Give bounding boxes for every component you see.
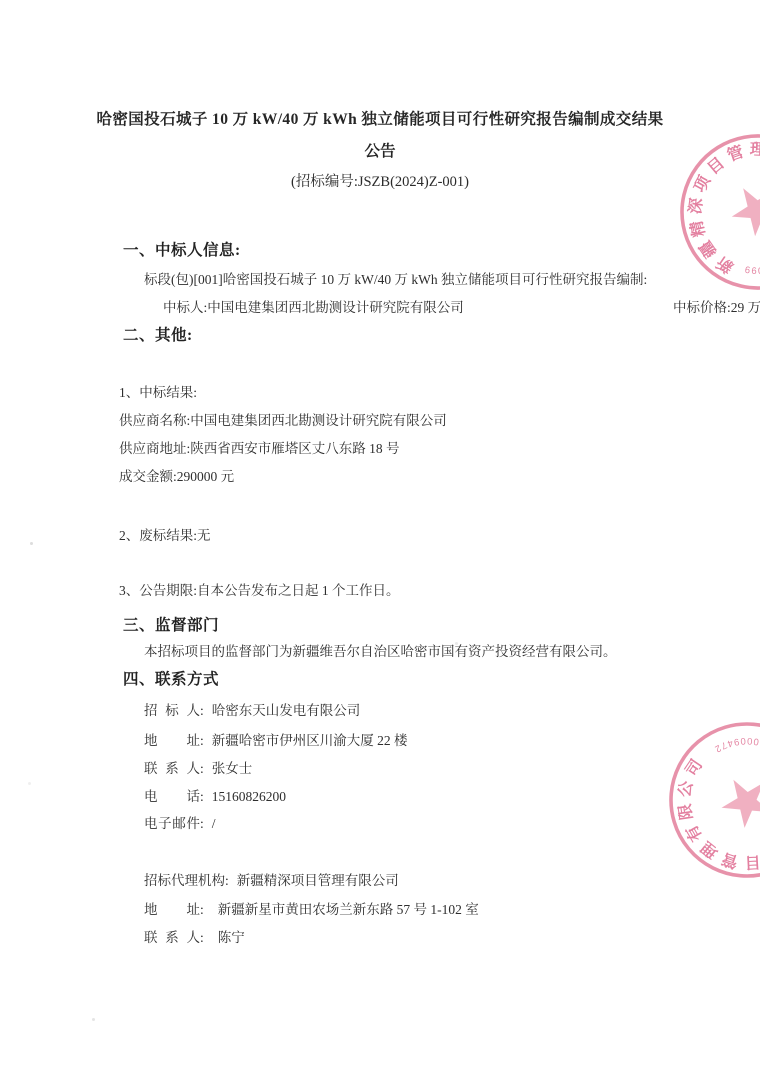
contact-value: 新疆精深项目管理有限公司 [237, 873, 399, 888]
lot-line: 标段(包)[001]哈密国投石城子 10 万 kW/40 万 kWh 独立储能项… [144, 272, 647, 289]
notice-period: 3、公告期限:自本公告发布之日起 1 个工作日。 [119, 583, 400, 600]
section2-heading: 二、其他: [123, 326, 193, 345]
tenderer-row-address: 地址:新疆哈密市伊州区川渝大厦 22 楼 [144, 733, 408, 750]
colon: : [200, 789, 204, 804]
agency-row-address: 地址:新疆新星市黄田农场兰新东路 57 号 1-102 室 [144, 902, 479, 919]
section4-heading: 四、联系方式 [123, 670, 219, 689]
contact-value: 陈宁 [218, 930, 245, 945]
contact-label: 地址 [144, 733, 200, 750]
colon: : [200, 816, 204, 831]
contact-value: 新疆新星市黄田农场兰新东路 57 号 1-102 室 [218, 902, 479, 917]
scanned-document-page: 哈密国投石城子 10 万 kW/40 万 kWh 独立储能项目可行性研究报告编制… [0, 0, 760, 1074]
contact-value: / [212, 816, 216, 831]
tenderer-row-name: 招标人:哈密东天山发电有限公司 [144, 703, 360, 720]
agency-row-contact: 联系人:陈宁 [144, 930, 245, 947]
contact-value: 哈密东天山发电有限公司 [212, 703, 361, 718]
tenderer-row-phone: 电话:15160826200 [144, 789, 286, 806]
contact-label: 联系人 [144, 761, 200, 778]
document-title-line1: 哈密国投石城子 10 万 kW/40 万 kWh 独立储能项目可行性研究报告编制… [0, 110, 760, 129]
seal-id-text: 6605020009472 [710, 732, 760, 766]
section1-heading: 一、中标人信息: [123, 241, 241, 260]
tenderer-row-email: 电子邮件:/ [144, 816, 216, 833]
colon: : [200, 733, 204, 748]
contact-value: 15160826200 [212, 789, 286, 804]
award-result-heading: 1、中标结果: [119, 385, 197, 402]
contact-label: 招标代理机构 [144, 873, 225, 890]
contact-label: 招标人 [144, 703, 200, 720]
scan-noise-specks [30, 542, 33, 545]
winner-line: 中标人:中国电建集团西北勘测设计研究院有限公司 中标价格:29 万元 [163, 300, 760, 317]
tenderer-row-contact: 联系人:张女士 [144, 761, 252, 778]
contact-value: 新疆哈密市伊州区川渝大厦 22 楼 [212, 733, 408, 748]
section3-heading: 三、监督部门 [123, 616, 219, 635]
colon: : [200, 761, 204, 776]
contact-label: 电子邮件 [144, 816, 200, 833]
seal-graphic: 新疆精深项目管理有限公司 6605020009472 [593, 47, 760, 378]
colon: : [200, 902, 204, 917]
contact-value: 张女士 [212, 761, 253, 776]
seal-graphic: 新疆精深项目管理有限公司 6605020009472 [617, 670, 760, 930]
supplier-name: 供应商名称:中国电建集团西北勘测设计研究院有限公司 [119, 413, 447, 430]
colon: : [200, 703, 204, 718]
contact-label: 联系人 [144, 930, 200, 947]
company-seal-bottom: 新疆精深项目管理有限公司 6605020009472 [617, 670, 760, 930]
deal-amount: 成交金额:290000 元 [119, 469, 234, 486]
seal-star-icon [722, 175, 760, 241]
colon: : [200, 930, 204, 945]
winner-name: 中标人:中国电建集团西北勘测设计研究院有限公司 [163, 300, 464, 315]
seal-star-icon [720, 779, 760, 830]
contact-label: 地址 [144, 902, 200, 919]
agency-row-name: 招标代理机构:新疆精深项目管理有限公司 [144, 873, 399, 890]
seal-id-text: 6605020009472 [740, 223, 760, 291]
contact-label: 电话 [144, 789, 200, 806]
invalid-bid-result: 2、废标结果:无 [119, 528, 211, 545]
colon: : [225, 873, 229, 888]
supervision-body: 本招标项目的监督部门为新疆维吾尔自治区哈密市国有资产投资经营有限公司。 [144, 644, 617, 661]
supplier-address: 供应商地址:陕西省西安市雁塔区丈八东路 18 号 [119, 441, 400, 458]
company-seal-top: 新疆精深项目管理有限公司 6605020009472 [593, 47, 760, 378]
